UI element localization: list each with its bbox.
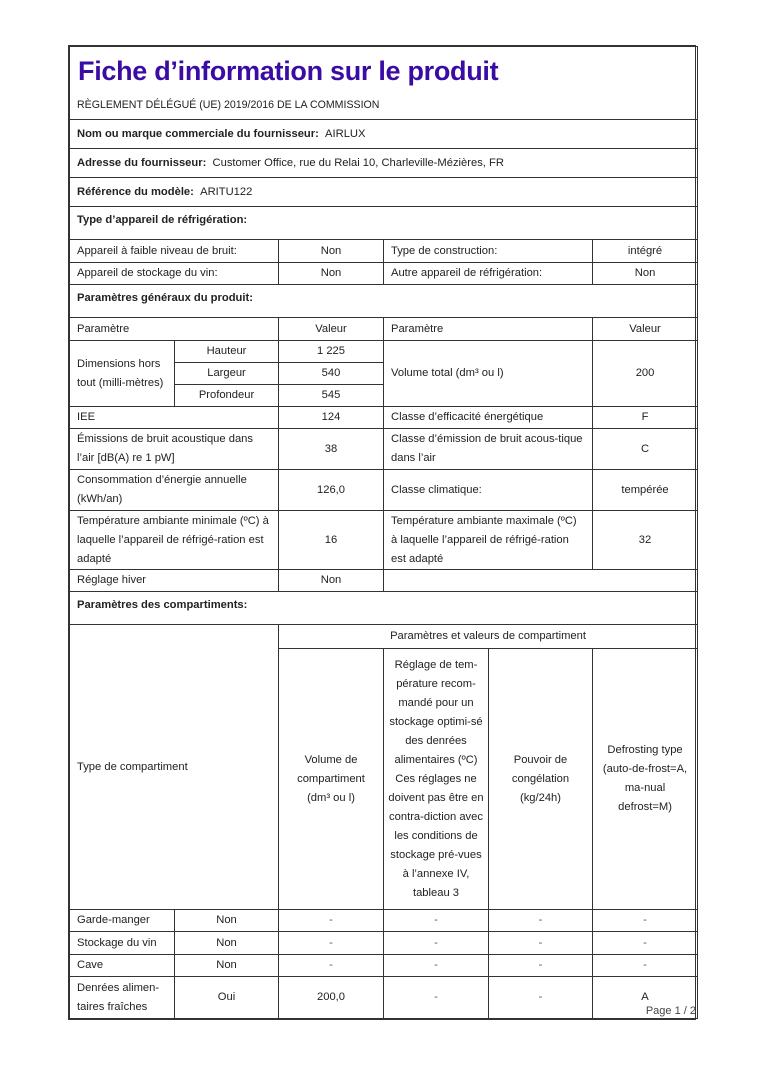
compartment-name: Denrées alimen-taires fraîches <box>70 977 175 1019</box>
compartment-volume: - <box>279 932 384 955</box>
iee-value: 124 <box>279 407 384 429</box>
compartment-defrost: - <box>593 932 698 955</box>
model-reference-row: Référence du modèle: ARITU122 <box>70 178 698 207</box>
model-reference-label: Référence du modèle: <box>77 186 194 198</box>
low-noise-value: Non <box>279 240 384 263</box>
total-volume-label: Volume total (dm³ ou l) <box>384 341 593 407</box>
compartment-temp: - <box>384 955 489 977</box>
climate-class-value: tempérée <box>593 470 698 511</box>
page-title: Fiche d’information sur le produit <box>78 56 498 86</box>
other-appliance-value: Non <box>593 263 698 285</box>
compartment-temp: - <box>384 977 489 1019</box>
supplier-address-row: Adresse du fournisseur: Customer Office,… <box>70 149 698 178</box>
compartment-freeze: - <box>489 910 593 932</box>
noise-class-value: C <box>593 429 698 470</box>
compartment-row: Denrées alimen-taires fraîches Oui 200,0… <box>70 977 698 1019</box>
total-volume-value: 200 <box>593 341 698 407</box>
climate-class-label: Classe climatique: <box>384 470 593 511</box>
compartment-name: Cave <box>70 955 175 977</box>
depth-value: 545 <box>279 385 384 407</box>
supplier-address-label: Adresse du fournisseur: <box>77 157 206 169</box>
section-general-parameters: Paramètres généraux du produit: <box>70 285 698 318</box>
header-value: Valeur <box>279 318 384 341</box>
min-temp-label: Température ambiante minimale (ºC) à laq… <box>70 511 279 570</box>
regulation-reference: RÈGLEMENT DÉLÉGUÉ (UE) 2019/2016 DE LA C… <box>70 91 698 120</box>
col-freeze-header: Pouvoir de congélation (kg/24h) <box>489 649 593 910</box>
wine-storage-label: Appareil de stockage du vin: <box>70 263 279 285</box>
header-parameter: Paramètre <box>70 318 279 341</box>
product-information-sheet: Fiche d’information sur le produit RÈGLE… <box>68 45 696 1020</box>
supplier-name-value: AIRLUX <box>325 128 365 140</box>
height-label: Hauteur <box>175 341 279 363</box>
compartment-defrost: - <box>593 910 698 932</box>
col-temp-header: Réglage de tem-pérature recom-mandé pour… <box>384 649 489 910</box>
model-reference-value: ARITU122 <box>200 186 252 198</box>
noise-emission-label: Émissions de bruit acoustique dans l’air… <box>70 429 279 470</box>
col-defrost-header: Defrosting type (auto-de-frost=A, ma-nua… <box>593 649 698 910</box>
energy-consumption-value: 126,0 <box>279 470 384 511</box>
depth-label: Profondeur <box>175 385 279 407</box>
min-temp-value: 16 <box>279 511 384 570</box>
winter-setting-label: Réglage hiver <box>70 570 279 592</box>
compartment-temp: - <box>384 910 489 932</box>
section-appliance-type: Type d’appareil de réfrigération: <box>70 207 698 240</box>
max-temp-label: Température ambiante maximale (ºC) à laq… <box>384 511 593 570</box>
low-noise-label: Appareil à faible niveau de bruit: <box>70 240 279 263</box>
wine-storage-value: Non <box>279 263 384 285</box>
noise-class-label: Classe d’émission de bruit acous-tique d… <box>384 429 593 470</box>
construction-type-label: Type de construction: <box>384 240 593 263</box>
compartment-present: Non <box>175 932 279 955</box>
other-appliance-label: Autre appareil de réfrigération: <box>384 263 593 285</box>
compartment-volume: - <box>279 910 384 932</box>
noise-emission-value: 38 <box>279 429 384 470</box>
supplier-name-row: Nom ou marque commerciale du fournisseur… <box>70 120 698 149</box>
header-parameter-2: Paramètre <box>384 318 593 341</box>
section-compartment-parameters: Paramètres des compartiments: <box>70 592 698 625</box>
product-sheet-table: Fiche d’information sur le produit RÈGLE… <box>69 46 698 1019</box>
energy-consumption-label: Consommation d’énergie annuelle (kWh/an) <box>70 470 279 511</box>
compartment-row: Garde-manger Non - - - - <box>70 910 698 932</box>
compartment-present: Non <box>175 910 279 932</box>
page-number: Page 1 / 2 <box>646 1005 696 1017</box>
compartment-type-header: Type de compartiment <box>70 625 279 910</box>
dimensions-label: Dimensions hors tout (milli-mètres) <box>70 341 175 407</box>
compartment-freeze: - <box>489 955 593 977</box>
compartment-volume: - <box>279 955 384 977</box>
compartment-temp: - <box>384 932 489 955</box>
compartment-name: Garde-manger <box>70 910 175 932</box>
width-value: 540 <box>279 363 384 385</box>
compartment-volume: 200,0 <box>279 977 384 1019</box>
energy-class-label: Classe d’efficacité énergétique <box>384 407 593 429</box>
height-value: 1 225 <box>279 341 384 363</box>
compartment-present: Oui <box>175 977 279 1019</box>
compartment-defrost: - <box>593 955 698 977</box>
empty-cell <box>384 570 698 592</box>
supplier-address-value: Customer Office, rue du Relai 10, Charle… <box>213 157 504 169</box>
width-label: Largeur <box>175 363 279 385</box>
header-value-2: Valeur <box>593 318 698 341</box>
construction-type-value: intégré <box>593 240 698 263</box>
compartment-freeze: - <box>489 932 593 955</box>
winter-setting-value: Non <box>279 570 384 592</box>
compartment-name: Stockage du vin <box>70 932 175 955</box>
compartment-row: Stockage du vin Non - - - - <box>70 932 698 955</box>
compartment-group-header: Paramètres et valeurs de compartiment <box>279 625 698 649</box>
energy-class-value: F <box>593 407 698 429</box>
compartment-present: Non <box>175 955 279 977</box>
iee-label: IEE <box>70 407 279 429</box>
compartment-row: Cave Non - - - - <box>70 955 698 977</box>
title-cell: Fiche d’information sur le produit <box>70 47 698 92</box>
compartment-freeze: - <box>489 977 593 1019</box>
col-volume-header: Volume de compartiment (dm³ ou l) <box>279 649 384 910</box>
supplier-name-label: Nom ou marque commerciale du fournisseur… <box>77 128 319 140</box>
max-temp-value: 32 <box>593 511 698 570</box>
